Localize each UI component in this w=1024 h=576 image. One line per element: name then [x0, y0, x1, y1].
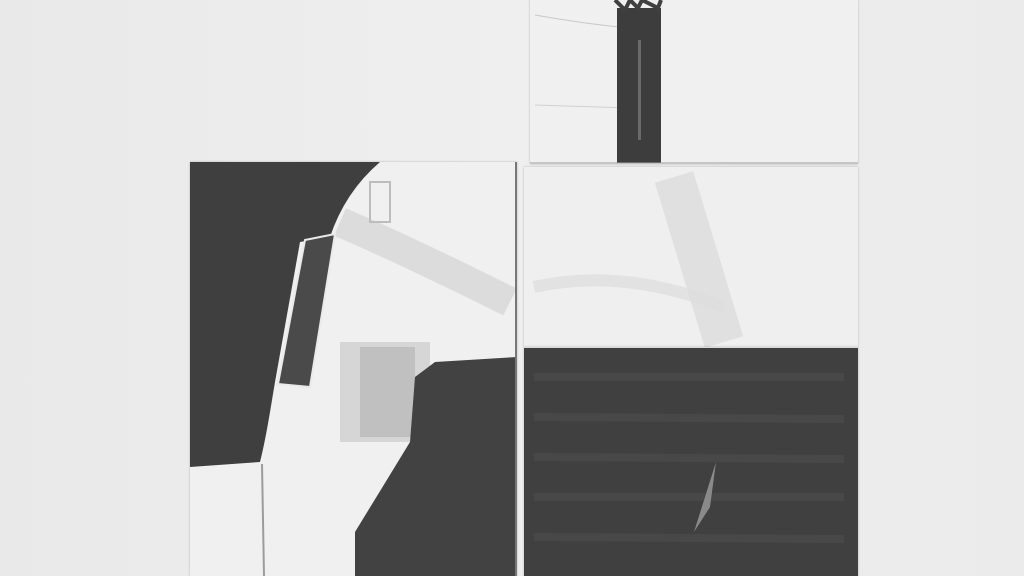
drawing-panel-middle-right	[524, 167, 858, 347]
drawing-panel-left	[190, 162, 517, 576]
chimney-drawing	[530, 0, 858, 164]
drawing-panel-bottom-right	[524, 347, 858, 576]
dark-field-drawing	[524, 347, 858, 576]
drawing-panel-top-right	[530, 0, 858, 164]
light-field-drawing	[524, 167, 858, 347]
wedge-drawing	[190, 162, 517, 576]
